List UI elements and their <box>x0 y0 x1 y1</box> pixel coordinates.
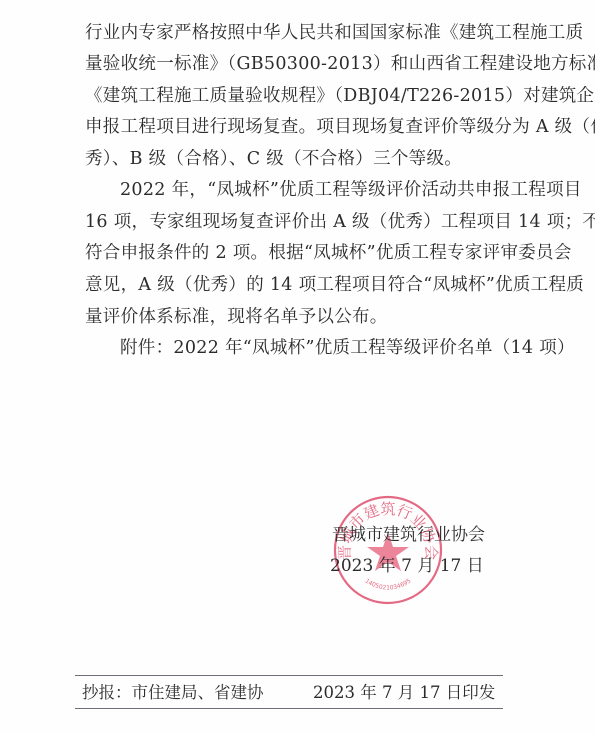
svg-text:1405021034695: 1405021034695 <box>364 577 413 591</box>
text-line: 秀）、B 级（合格）、C 级（不合格）三个等级。 <box>85 148 462 170</box>
text-line: 量评价体系标准，现将名单予以公布。 <box>85 306 388 328</box>
footer-bottom-rule <box>75 708 503 709</box>
signature-organization: 晋城市建筑行业协会 <box>332 524 485 546</box>
text-line: 2022 年，“凤城杯”优质工程等级评价活动共申报工程项目 <box>120 179 582 201</box>
signature-date: 2023 年 7 月 17 日 <box>330 555 484 577</box>
text-line: 量验收统一标准》（GB50300-2013）和山西省工程建设地方标准 <box>85 53 595 75</box>
footer-top-rule <box>75 675 503 676</box>
text-line: 申报工程项目进行现场复查。项目现场复查评价等级分为 A 级（优 <box>85 116 595 138</box>
document-page: 行业内专家严格按照中华人民共和国国家标准《建筑工程施工质 量验收统一标准》（GB… <box>0 0 595 733</box>
issue-date: 2023 年 7 月 17 日印发 <box>313 682 495 704</box>
text-line: 符合申报条件的 2 项。根据“凤城杯”优质工程专家评审委员会 <box>85 242 572 264</box>
attachment-note: 附件：2022 年“凤城杯”优质工程等级评价名单（14 项） <box>120 337 575 359</box>
copy-to-recipients: 抄报：市住建局、省建协 <box>82 682 264 704</box>
official-seal-icon: 晋城市建筑行业协会 1405021034695 <box>332 494 444 606</box>
text-line: 《建筑工程施工质量验收规程》（DBJ04/T226-2015）对建筑企业 <box>85 85 595 107</box>
text-line: 16 项，专家组现场复查评价出 A 级（优秀）工程项目 14 项；不 <box>85 211 595 233</box>
text-line: 行业内专家严格按照中华人民共和国国家标准《建筑工程施工质 <box>85 22 583 44</box>
text-line: 意见，A 级（优秀）的 14 项工程项目符合“凤城杯”优质工程质 <box>85 274 584 296</box>
